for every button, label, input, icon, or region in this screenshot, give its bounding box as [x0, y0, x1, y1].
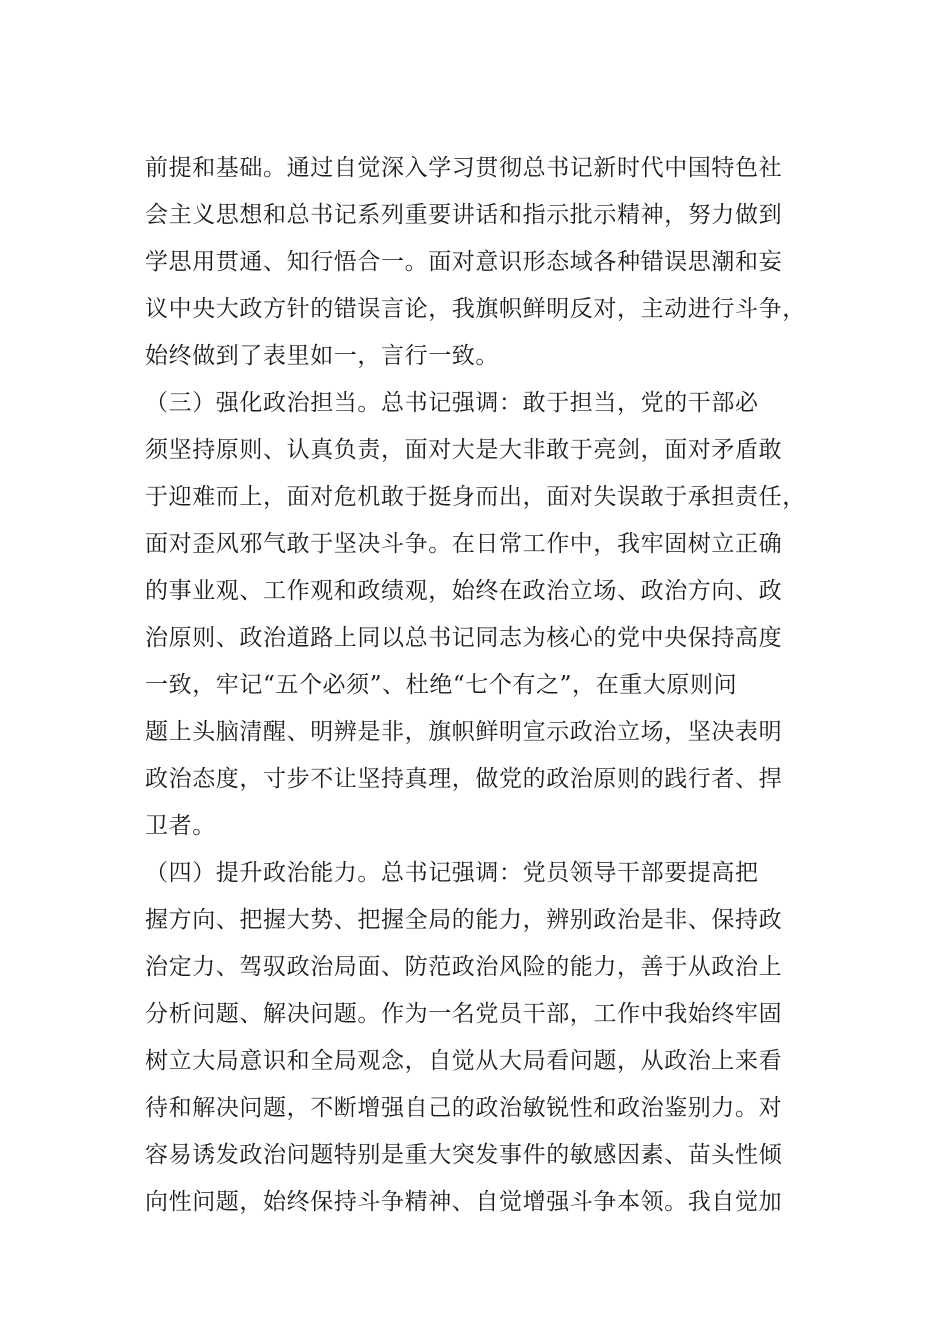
text-line: 学思用贯通、知行悟合一。面对意识形态域各种错误思潮和妄 [145, 239, 835, 286]
text-line: 治原则、政治道路上同以总书记同志为核心的党中央保持高度 [145, 615, 835, 662]
text-line: 握方向、把握大势、把握全局的能力，辨别政治是非、保持政 [145, 897, 835, 944]
text-line: 议中央大政方针的错误言论，我旗帜鲜明反对，主动进行斗争， [145, 286, 835, 333]
text-line: 面对歪风邪气敢于坚决斗争。在日常工作中，我牢固树立正确 [145, 521, 835, 568]
text-line: 卫者。 [145, 803, 835, 850]
text-line: 树立大局意识和全局观念，自觉从大局看问题，从政治上来看 [145, 1038, 835, 1085]
text-line: 分析问题、解决问题。作为一名党员干部，工作中我始终牢固 [145, 991, 835, 1038]
paragraph-section-3-strengthen-political-responsibility: （三）强化政治担当。总书记强调：敢于担当，党的干部必 须坚持原则、认真负责，面对… [145, 380, 835, 850]
paragraph-section-4-improve-political-ability: （四）提升政治能力。总书记强调：党员领导干部要提高把 握方向、把握大势、把握全局… [145, 850, 835, 1226]
document-page: 前提和基础。通过自觉深入学习贯彻总书记新时代中国特色社 会主义思想和总书记系列重… [145, 145, 835, 1226]
text-line: 题上头脑清醒、明辨是非，旗帜鲜明宣示政治立场，坚决表明 [145, 709, 835, 756]
text-line: 一致，牢记“五个必须”、杜绝“七个有之”，在重大原则问 [145, 662, 835, 709]
text-line: 的事业观、工作观和政绩观，始终在政治立场、政治方向、政 [145, 568, 835, 615]
text-line: 向性问题，始终保持斗争精神、自觉增强斗争本领。我自觉加 [145, 1179, 835, 1226]
text-line: 待和解决问题，不断增强自己的政治敏锐性和政治鉴别力。对 [145, 1085, 835, 1132]
text-line: 会主义思想和总书记系列重要讲话和指示批示精神，努力做到 [145, 192, 835, 239]
text-line: 政治态度，寸步不让坚持真理，做党的政治原则的践行者、捍 [145, 756, 835, 803]
paragraph-intro-continued: 前提和基础。通过自觉深入学习贯彻总书记新时代中国特色社 会主义思想和总书记系列重… [145, 145, 835, 380]
section-heading-line: （三）强化政治担当。总书记强调：敢于担当，党的干部必 [145, 380, 835, 427]
text-line: 始终做到了表里如一，言行一致。 [145, 333, 835, 380]
text-line: 治定力、驾驭政治局面、防范政治风险的能力，善于从政治上 [145, 944, 835, 991]
text-line: 于迎难而上，面对危机敢于挺身而出，面对失误敢于承担责任， [145, 474, 835, 521]
section-heading-line: （四）提升政治能力。总书记强调：党员领导干部要提高把 [145, 850, 835, 897]
text-line: 须坚持原则、认真负责，面对大是大非敢于亮剑，面对矛盾敢 [145, 427, 835, 474]
text-line: 容易诱发政治问题特别是重大突发事件的敏感因素、苗头性倾 [145, 1132, 835, 1179]
text-line: 前提和基础。通过自觉深入学习贯彻总书记新时代中国特色社 [145, 145, 835, 192]
